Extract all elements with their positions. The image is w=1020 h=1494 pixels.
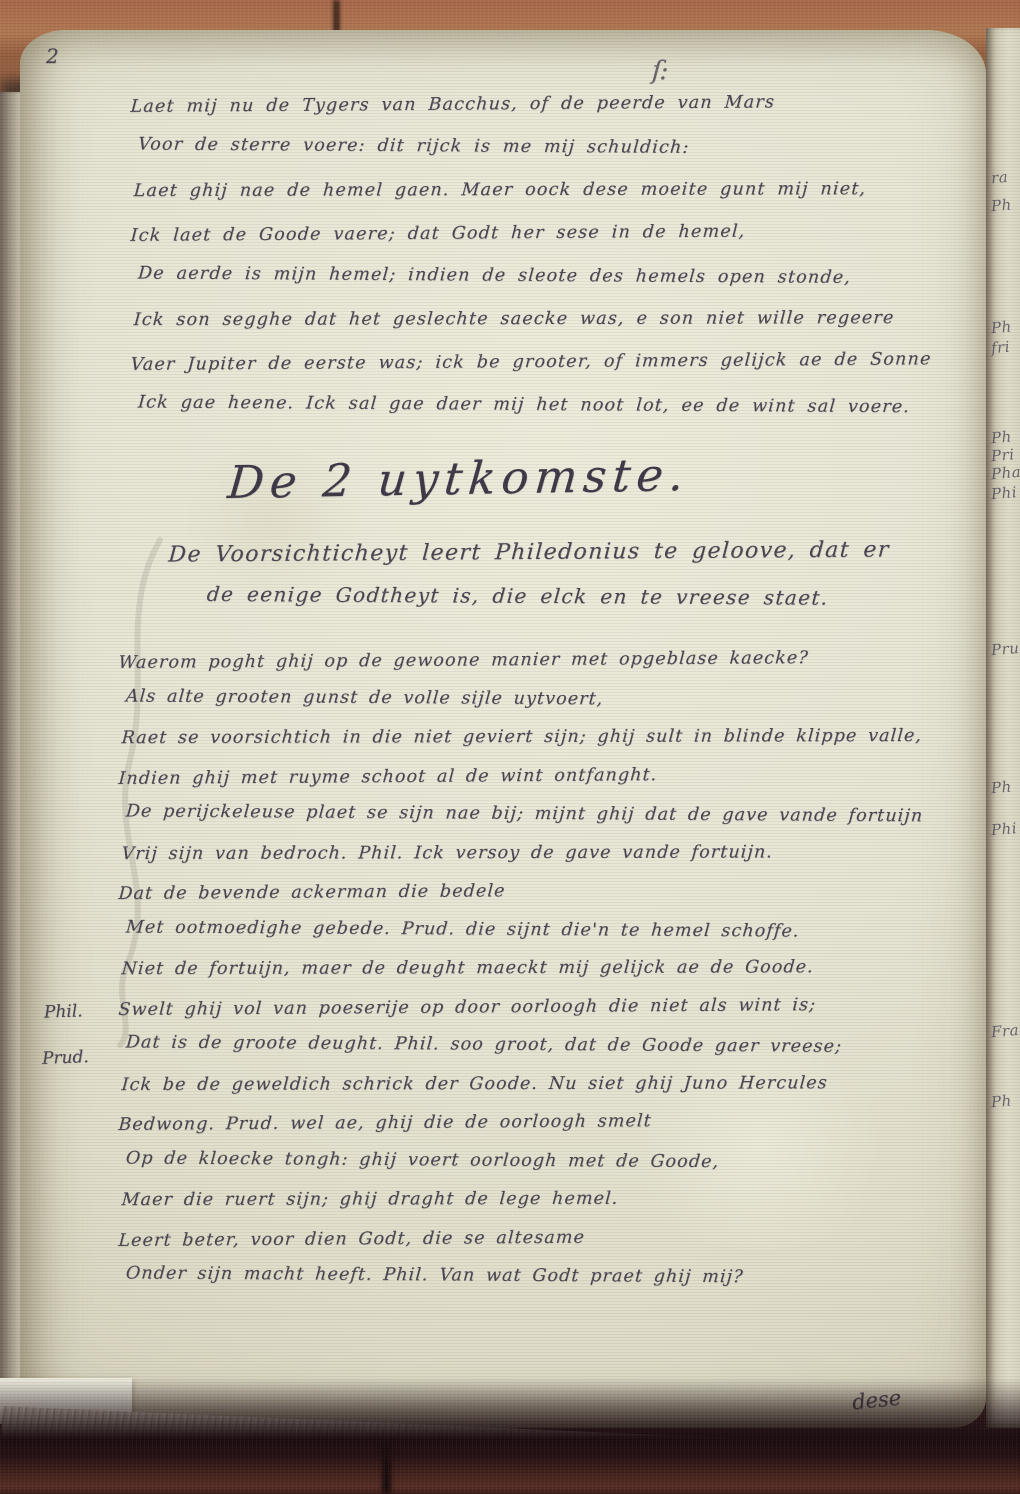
dialogue-line: Bedwong. Prud. wel ae, ghij die de oorlo…	[117, 1109, 965, 1153]
table-plank-groove-bottom	[382, 1442, 391, 1494]
dialogue-line: Ick be de geweldich schrick der Goode. N…	[120, 1072, 965, 1113]
facing-page-text-fragment: Pha	[990, 463, 1020, 484]
facing-page-text-fragment: Pru	[990, 639, 1020, 660]
facing-page-text-fragment: ra	[990, 167, 1020, 188]
dialogue-line: Raet se voorsichtich in die niet geviert…	[120, 726, 965, 767]
facing-page-text-fragment: Ph	[990, 777, 1020, 798]
facing-page-text-fragment: Ph	[990, 195, 1020, 216]
verse-line: Ick laet de Goode vaere; dat Godt her se…	[128, 220, 961, 269]
dialogue-block: Waerom poght ghij op de gewoone manier m…	[118, 650, 963, 1305]
verse-line: Voor de sterre voere: dit rijck is me mi…	[136, 134, 962, 182]
top-ink-mark: ſ:	[651, 56, 667, 87]
dialogue-line: Als alte grooten gunst de volle sijle uy…	[124, 686, 965, 730]
facing-page-text-fragment: Ph	[990, 317, 1020, 338]
dialogue-line: Dat is de groote deught. Phil. soo groot…	[124, 1032, 965, 1076]
dialogue-line: Maer die ruert sijn; ghij draght de lege…	[120, 1188, 965, 1229]
margin-speaker-prud: Prud.	[42, 1047, 89, 1069]
argument-line: de eenige Godtheyt is, die elck en te vr…	[204, 582, 890, 630]
dialogue-line: De perijckeleuse plaet se sijn nae bij; …	[124, 801, 965, 845]
facing-page-text-fragment: Fra	[990, 1021, 1020, 1042]
verse-line: Vaer Jupiter de eerste was; ick be groot…	[128, 349, 961, 398]
dialogue-line: Vrij sijn van bedroch. Phil. Ick versoy …	[120, 841, 965, 882]
dialogue-line: Waerom poght ghij op de gewoone manier m…	[117, 647, 965, 691]
margin-speaker-phil: Phil.	[44, 1001, 83, 1022]
dialogue-line: Onder sijn macht heeft. Phil. Van wat Go…	[124, 1263, 965, 1307]
argument-line: De Voorsichticheyt leert Philedonius te …	[166, 537, 890, 586]
dialogue-line: Swelt ghij vol van poeserije op door oor…	[117, 994, 965, 1038]
opening-verse-block: Laet mij nu de Tygers van Bacchus, of de…	[130, 94, 960, 438]
page-number: 2	[46, 44, 59, 68]
dialogue-line: Niet de fortuijn, maer de deught maeckt …	[120, 957, 965, 998]
verse-line: Ick son segghe dat het geslechte saecke …	[131, 308, 961, 353]
dialogue-line: Dat de bevende ackerman die bedele	[117, 878, 965, 922]
dialogue-line: Indien ghij met ruyme schoot al de wint …	[117, 763, 965, 807]
verse-line: Laet ghij nae de hemel gaen. Maer oock d…	[131, 179, 961, 224]
dialogue-line: Op de kloecke tongh: ghij voert oorloogh…	[124, 1148, 965, 1192]
facing-page-text-fragment: Phi	[990, 819, 1020, 840]
book-bottom-shadow	[0, 1378, 1020, 1494]
facing-page-text-fragment: fri	[990, 337, 1020, 358]
scene-argument: De Voorsichticheyt leert Philedonius te …	[168, 540, 889, 628]
facing-page-sliver: raPhPhfriPhPriPhaPhiPruPhPhiFraPh	[986, 28, 1020, 1428]
dialogue-line: Met ootmoedighe gebede. Prud. die sijnt …	[124, 917, 965, 961]
verse-line: Ick gae heene. Ick sal gae daer mij het …	[136, 392, 962, 440]
verse-line: De aerde is mijn hemel; indien de sleote…	[136, 263, 962, 311]
facing-page-text-fragment: Phi	[990, 483, 1020, 504]
facing-page-text-fragment: Ph	[990, 1091, 1020, 1112]
manuscript-photo: raPhPhfriPhPriPhaPhiPruPhPhiFraPh 2 ſ: L…	[0, 0, 1020, 1494]
scene-heading: De 2 uytkomste.	[226, 448, 692, 509]
verse-line: Laet mij nu de Tygers van Bacchus, of de…	[128, 91, 961, 140]
dialogue-line: Leert beter, voor dien Godt, die se alte…	[117, 1225, 965, 1269]
